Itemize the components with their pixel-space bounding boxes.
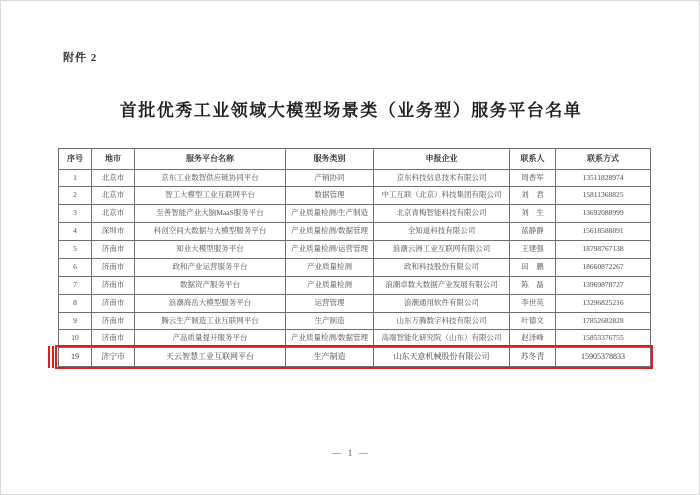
cell-platform: 产品质量提升服务平台 [135, 330, 286, 348]
document-page: 附件 2 首批优秀工业领域大模型场景类（业务型）服务平台名单 序号地市服务平台名… [0, 0, 700, 495]
table-header-row: 序号地市服务平台名称服务类别申报企业联系人联系方式 [59, 149, 651, 170]
cell-phone: 17852682828 [556, 312, 651, 330]
cell-company: 高端智能化研究院（山东）有限公司 [374, 330, 510, 348]
table-row: 19 济宁市 天云智慧工业互联网平台 生产制造 山东天意机械股份有限公司 苏冬青… [59, 348, 651, 367]
cell-city: 北京市 [92, 169, 135, 187]
table-row: 9 济南市 腾云生产制造工业互联网平台 生产制造 山东万腾数字科技有限公司 叶德… [59, 312, 651, 330]
cell-category: 生产制造 [286, 312, 374, 330]
table-row: 10 济南市 产品质量提升服务平台 产业质量检测/数据管理 高端智能化研究院（山… [59, 330, 651, 348]
cell-phone: 15618588891 [556, 223, 651, 241]
table-body: 1 北京市 京东工业数智供应链协同平台 产销协同 京东科技信息技术有限公司 周香… [59, 169, 651, 366]
cell-no: 19 [59, 348, 92, 367]
cell-city: 济南市 [92, 294, 135, 312]
cell-company: 京东科技信息技术有限公司 [374, 169, 510, 187]
cell-no: 1 [59, 169, 92, 187]
cell-contact: 李世英 [510, 294, 556, 312]
table-row: 7 济南市 数据资产服务平台 产业质量检测 浪潮卓数大数据产业发展有限公司 陈 … [59, 276, 651, 294]
cell-platform: 京东工业数智供应链协同平台 [135, 169, 286, 187]
table-row: 3 北京市 至善智能产业大脑MaaS服务平台 产业质量检测/生产制造 北京青梅智… [59, 205, 651, 223]
cell-company: 山东天意机械股份有限公司 [374, 348, 510, 367]
cell-company: 北京青梅智能科技有限公司 [374, 205, 510, 223]
table-row: 1 北京市 京东工业数智供应链协同平台 产销协同 京东科技信息技术有限公司 周香… [59, 169, 651, 187]
column-header: 序号 [59, 149, 92, 170]
cell-category: 运营管理 [286, 294, 374, 312]
cell-no: 7 [59, 276, 92, 294]
cell-platform: 科创空间大数据与大模型服务平台 [135, 223, 286, 241]
cell-contact: 叶德文 [510, 312, 556, 330]
cell-company: 政和科技股份有限公司 [374, 258, 510, 276]
cell-platform: 浪潮海岳大模型服务平台 [135, 294, 286, 312]
table-row: 4 深圳市 科创空间大数据与大模型服务平台 产业质量检测/数据管理 全知道科技有… [59, 223, 651, 241]
cell-category: 产销协同 [286, 169, 374, 187]
cell-platform: 天云智慧工业互联网平台 [135, 348, 286, 367]
cell-platform: 智工大模型工业互联网平台 [135, 187, 286, 205]
table-row: 5 济南市 知业大模型服务平台 产业质量检测/运营管理 浪潮云洲工业互联网有限公… [59, 241, 651, 259]
cell-no: 5 [59, 241, 92, 259]
cell-no: 9 [59, 312, 92, 330]
cell-platform: 政和产业运营服务平台 [135, 258, 286, 276]
cell-contact: 赵泽峰 [510, 330, 556, 348]
cell-city: 深圳市 [92, 223, 135, 241]
cell-company: 中工互联（北京）科技集团有限公司 [374, 187, 510, 205]
column-header: 申报企业 [374, 149, 510, 170]
column-header: 联系方式 [556, 149, 651, 170]
cell-platform: 腾云生产制造工业互联网平台 [135, 312, 286, 330]
cell-contact: 田 鹏 [510, 258, 556, 276]
column-header: 服务平台名称 [135, 149, 286, 170]
cell-contact: 周香军 [510, 169, 556, 187]
cell-city: 济南市 [92, 258, 135, 276]
cell-company: 浪潮云洲工业互联网有限公司 [374, 241, 510, 259]
cell-city: 北京市 [92, 205, 135, 223]
cell-contact: 刘 君 [510, 187, 556, 205]
cell-company: 浪潮通用软件有限公司 [374, 294, 510, 312]
cell-no: 3 [59, 205, 92, 223]
highlight-annotation-left-mark [48, 346, 54, 368]
table-row: 6 济南市 政和产业运营服务平台 产业质量检测 政和科技股份有限公司 田 鹏 1… [59, 258, 651, 276]
cell-category: 产业质量检测/数据管理 [286, 223, 374, 241]
cell-category: 产业质量检测/生产制造 [286, 205, 374, 223]
column-header: 服务类别 [286, 149, 374, 170]
cell-city: 济南市 [92, 312, 135, 330]
cell-no: 8 [59, 294, 92, 312]
cell-no: 4 [59, 223, 92, 241]
table-row: 8 济南市 浪潮海岳大模型服务平台 运营管理 浪潮通用软件有限公司 李世英 13… [59, 294, 651, 312]
cell-category: 数据管理 [286, 187, 374, 205]
cell-company: 山东万腾数字科技有限公司 [374, 312, 510, 330]
cell-phone: 15811368825 [556, 187, 651, 205]
cell-contact: 蓝静静 [510, 223, 556, 241]
cell-contact: 王建强 [510, 241, 556, 259]
column-header: 联系人 [510, 149, 556, 170]
cell-phone: 13969878727 [556, 276, 651, 294]
cell-company: 全知道科技有限公司 [374, 223, 510, 241]
cell-contact: 陈 磊 [510, 276, 556, 294]
cell-phone: 13511828974 [556, 169, 651, 187]
cell-city: 北京市 [92, 187, 135, 205]
cell-phone: 18660872267 [556, 258, 651, 276]
table-row: 2 北京市 智工大模型工业互联网平台 数据管理 中工互联（北京）科技集团有限公司… [59, 187, 651, 205]
cell-city: 济宁市 [92, 348, 135, 367]
attachment-label: 附件 2 [63, 49, 97, 65]
cell-category: 产业质量检测/运营管理 [286, 241, 374, 259]
cell-category: 产业质量检测 [286, 258, 374, 276]
cell-category: 生产制造 [286, 348, 374, 367]
cell-platform: 至善智能产业大脑MaaS服务平台 [135, 205, 286, 223]
cell-platform: 数据资产服务平台 [135, 276, 286, 294]
cell-contact: 苏冬青 [510, 348, 556, 367]
cell-no: 2 [59, 187, 92, 205]
platform-table-wrap: 序号地市服务平台名称服务类别申报企业联系人联系方式 1 北京市 京东工业数智供应… [58, 148, 650, 367]
platform-table: 序号地市服务平台名称服务类别申报企业联系人联系方式 1 北京市 京东工业数智供应… [58, 148, 651, 367]
cell-city: 济南市 [92, 241, 135, 259]
cell-category: 产业质量检测/数据管理 [286, 330, 374, 348]
cell-phone: 15853376755 [556, 330, 651, 348]
cell-category: 产业质量检测 [286, 276, 374, 294]
cell-city: 济南市 [92, 330, 135, 348]
cell-city: 济南市 [92, 276, 135, 294]
cell-phone: 13296825216 [556, 294, 651, 312]
page-number: — 1 — [1, 449, 700, 459]
cell-no: 10 [59, 330, 92, 348]
cell-no: 6 [59, 258, 92, 276]
column-header: 地市 [92, 149, 135, 170]
cell-phone: 13692088999 [556, 205, 651, 223]
cell-phone: 18798767138 [556, 241, 651, 259]
document-title: 首批优秀工业领域大模型场景类（业务型）服务平台名单 [1, 96, 700, 121]
cell-contact: 刘 生 [510, 205, 556, 223]
cell-phone: 15905378833 [556, 348, 651, 367]
cell-platform: 知业大模型服务平台 [135, 241, 286, 259]
cell-company: 浪潮卓数大数据产业发展有限公司 [374, 276, 510, 294]
